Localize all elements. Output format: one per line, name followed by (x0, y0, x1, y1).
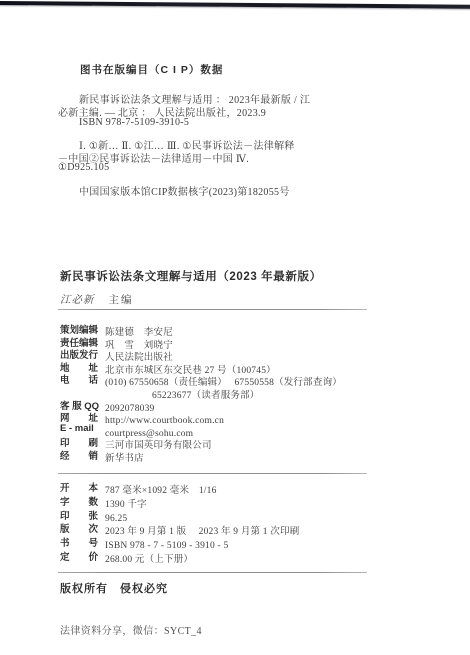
info-row: 开 本787 毫米×1092 毫米 1/16 (60, 480, 450, 494)
cip-registry-number: 中国国家版本馆CIP数据核字(2023)第182055号 (58, 183, 290, 198)
info-row: 地 址北京市东城区东交民巷 27 号（100745） (60, 360, 450, 373)
editor-name: 江必新 (60, 295, 95, 306)
divider-rule-middle (58, 473, 367, 474)
scan-edge-artifact (0, 1, 470, 8)
info-row: E - mailcourtpress@sohu.com (60, 423, 450, 436)
info-row-value: 新华书店 (105, 454, 144, 464)
info-row-label: 印 张 (60, 508, 105, 522)
info-row-value: 268.00 元（上下册） (105, 555, 193, 565)
book-title: 新民事诉讼法条文理解与适用（2023 年最新版） (60, 268, 322, 284)
divider-rule-bottom (58, 572, 367, 573)
info-row: 版 次2023 年 9 月第 1 版 2023 年 9 月第 1 次印刷 (60, 521, 450, 535)
editor-role: 主编 (109, 295, 134, 306)
info-row-label: 经 销 (60, 448, 105, 462)
info-row: 责任编辑巩 雪 刘晓宁 (60, 335, 450, 348)
print-info-list: 开 本787 毫米×1092 毫米 1/16字 数1390 千字印 张96.25… (60, 480, 450, 563)
info-row-label: 定 价 (60, 549, 105, 563)
info-row: 出版发行人民法院出版社 (60, 347, 450, 360)
info-row: 经 销新华书店 (60, 448, 450, 461)
info-row-label: 版 次 (60, 521, 105, 535)
info-row-label: 开 本 (60, 480, 105, 494)
cip-isbn-line: ISBN 978-7-5109-3910-5 (58, 117, 189, 128)
cip-header: 图书在版编目（C I P）数据 (80, 62, 223, 77)
info-row: 网 址http://www.courtbook.com.cn (60, 410, 450, 423)
watermark-note: 法律资料分享，微信：SYCT_4 (60, 622, 202, 637)
info-row-label: E - mail (60, 423, 105, 434)
info-row: 印 张96.25 (60, 508, 450, 522)
info-row: 65223677（读者服务部） (60, 385, 450, 398)
copyright-notice: 版权所有 侵权必究 (60, 580, 168, 596)
cip-class-line-3: ①D925.105 (58, 162, 109, 173)
colophon-page: 图书在版编目（C I P）数据 新民事诉讼法条文理解与适用 ： 2023年最新版… (0, 0, 470, 655)
editor-line: 江必新主编 (60, 292, 134, 307)
info-row: 印 刷三河市国英印务有限公司 (60, 435, 450, 448)
info-row: 字 数1390 千字 (60, 494, 450, 508)
info-row: 定 价268.00 元（上下册） (60, 549, 450, 563)
info-row-label: 字 数 (60, 494, 105, 508)
publishing-info-list: 策划编辑陈建德 李安尼责任编辑巩 雪 刘晓宁出版发行人民法院出版社地 址北京市东… (60, 322, 450, 461)
info-row: 策划编辑陈建德 李安尼 (60, 322, 450, 335)
divider-rule-top (58, 309, 367, 310)
info-row: 电 话(010) 67550658（责任编辑） 67550558（发行部查询） (60, 372, 450, 385)
info-row-label: 书 号 (60, 535, 105, 549)
